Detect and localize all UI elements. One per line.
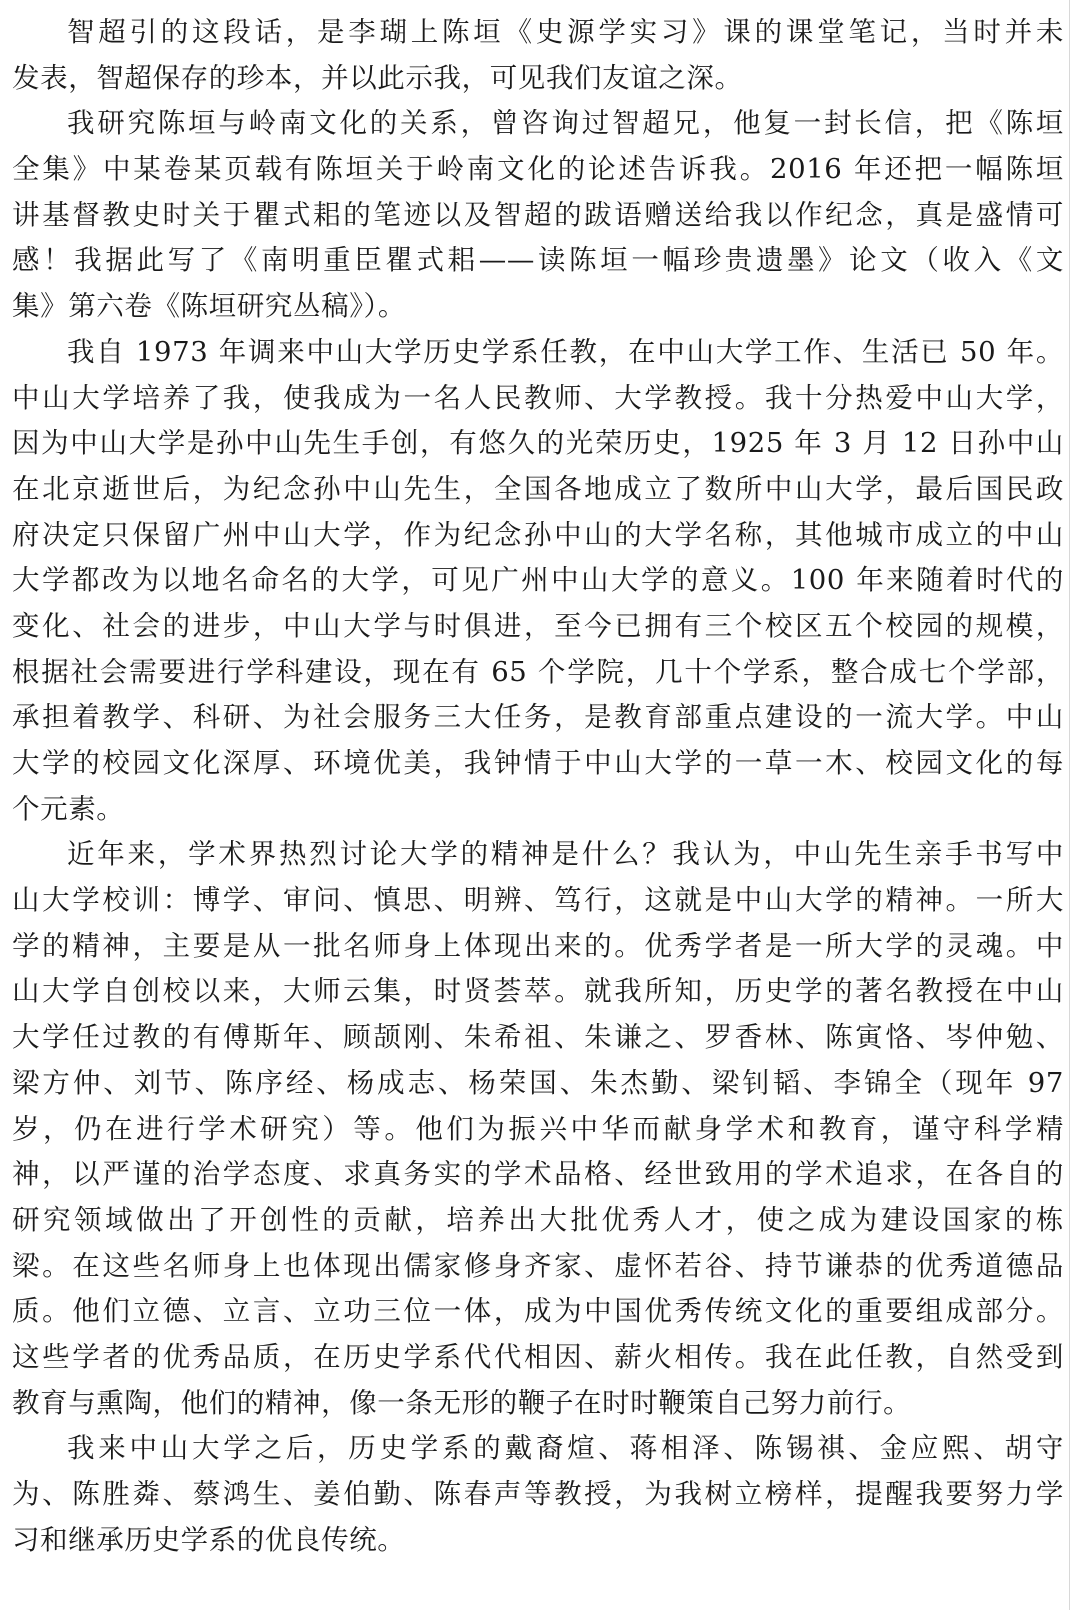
text-line: 因为中山大学是孙中山先生手创，有悠久的光荣历史，1925 年 3 月 12 日孙… — [12, 421, 1064, 467]
text-line: 大学任过教的有傅斯年、顾颉刚、朱希祖、朱谦之、罗香林、陈寅恪、岑仲勉、 — [12, 1015, 1064, 1061]
text-line: 集》第六卷《陈垣研究丛稿》）。 — [12, 284, 1064, 330]
text-line: 在北京逝世后，为纪念孙中山先生，全国各地成立了数所中山大学，最后国民政 — [12, 467, 1064, 513]
text-line: 我来中山大学之后，历史学系的戴裔煊、蒋相泽、陈锡祺、金应熙、胡守 — [12, 1426, 1064, 1472]
text-line: 山大学自创校以来，大师云集，时贤荟萃。就我所知，历史学的著名教授在中山 — [12, 969, 1064, 1015]
text-line: 发表，智超保存的珍本，并以此示我，可见我们友谊之深。 — [12, 56, 1064, 102]
text-line: 大学的校园文化深厚、环境优美，我钟情于中山大学的一草一木、校园文化的每 — [12, 741, 1064, 787]
page-edge-divider — [1069, 0, 1070, 1610]
text-line: 个元素。 — [12, 787, 1064, 833]
text-line: 近年来，学术界热烈讨论大学的精神是什么？我认为，中山先生亲手书写中 — [12, 832, 1064, 878]
text-line: 我研究陈垣与岭南文化的关系，曾咨询过智超兄，他复一封长信，把《陈垣 — [12, 101, 1064, 147]
text-line: 岁，仍在进行学术研究）等。他们为振兴中华而献身学术和教育，谨守科学精 — [12, 1107, 1064, 1153]
text-line: 感！我据此写了《南明重臣瞿式耜——读陈垣一幅珍贵遗墨》论文（收入《文 — [12, 238, 1064, 284]
text-line: 学的精神，主要是从一批名师身上体现出来的。优秀学者是一所大学的灵魂。中 — [12, 924, 1064, 970]
text-line: 我自 1973 年调来中山大学历史学系任教，在中山大学工作、生活已 50 年。 — [12, 330, 1064, 376]
text-line: 教育与熏陶，他们的精神，像一条无形的鞭子在时时鞭策自己努力前行。 — [12, 1381, 1064, 1427]
paragraph-3: 我自 1973 年调来中山大学历史学系任教，在中山大学工作、生活已 50 年。 … — [12, 330, 1064, 833]
text-line: 为、陈胜粦、蔡鸿生、姜伯勤、陈春声等教授，为我树立榜样，提醒我要努力学 — [12, 1472, 1064, 1518]
text-line: 全集》中某卷某页载有陈垣关于岭南文化的论述告诉我。2016 年还把一幅陈垣 — [12, 147, 1064, 193]
paragraph-4: 近年来，学术界热烈讨论大学的精神是什么？我认为，中山先生亲手书写中 山大学校训：… — [12, 832, 1064, 1426]
paragraph-2: 我研究陈垣与岭南文化的关系，曾咨询过智超兄，他复一封长信，把《陈垣 全集》中某卷… — [12, 101, 1064, 329]
text-line: 这些学者的优秀品质，在历史学系代代相因、薪火相传。我在此任教，自然受到 — [12, 1335, 1064, 1381]
text-line: 梁方仲、刘节、陈序经、杨成志、杨荣国、朱杰勤、梁钊韬、李锦全（现年 97 — [12, 1061, 1064, 1107]
text-line: 智超引的这段话，是李瑚上陈垣《史源学实习》课的课堂笔记，当时并未 — [12, 10, 1064, 56]
document-page: 智超引的这段话，是李瑚上陈垣《史源学实习》课的课堂笔记，当时并未 发表，智超保存… — [12, 10, 1064, 1563]
text-line: 梁。在这些名师身上也体现出儒家修身齐家、虚怀若谷、持节谦恭的优秀道德品 — [12, 1244, 1064, 1290]
text-line: 研究领域做出了开创性的贡献，培养出大批优秀人才，使之成为建设国家的栋 — [12, 1198, 1064, 1244]
text-line: 根据社会需要进行学科建设，现在有 65 个学院，几十个学系，整合成七个学部， — [12, 650, 1064, 696]
paragraph-5: 我来中山大学之后，历史学系的戴裔煊、蒋相泽、陈锡祺、金应熙、胡守 为、陈胜粦、蔡… — [12, 1426, 1064, 1563]
text-line: 质。他们立德、立言、立功三位一体，成为中国优秀传统文化的重要组成部分。 — [12, 1289, 1064, 1335]
text-line: 习和继承历史学系的优良传统。 — [12, 1518, 1064, 1564]
text-line: 神，以严谨的治学态度、求真务实的学术品格、经世致用的学术追求，在各自的 — [12, 1152, 1064, 1198]
text-line: 大学都改为以地名命名的大学，可见广州中山大学的意义。100 年来随着时代的 — [12, 558, 1064, 604]
text-line: 府决定只保留广州中山大学，作为纪念孙中山的大学名称，其他城市成立的中山 — [12, 513, 1064, 559]
text-line: 山大学校训：博学、审问、慎思、明辨、笃行，这就是中山大学的精神。一所大 — [12, 878, 1064, 924]
paragraph-1: 智超引的这段话，是李瑚上陈垣《史源学实习》课的课堂笔记，当时并未 发表，智超保存… — [12, 10, 1064, 101]
text-line: 中山大学培养了我，使我成为一名人民教师、大学教授。我十分热爱中山大学， — [12, 376, 1064, 422]
text-line: 承担着教学、科研、为社会服务三大任务，是教育部重点建设的一流大学。中山 — [12, 695, 1064, 741]
text-line: 变化、社会的进步，中山大学与时俱进，至今已拥有三个校区五个校园的规模， — [12, 604, 1064, 650]
text-line: 讲基督教史时关于瞿式耜的笔迹以及智超的跋语赠送给我以作纪念，真是盛情可 — [12, 193, 1064, 239]
